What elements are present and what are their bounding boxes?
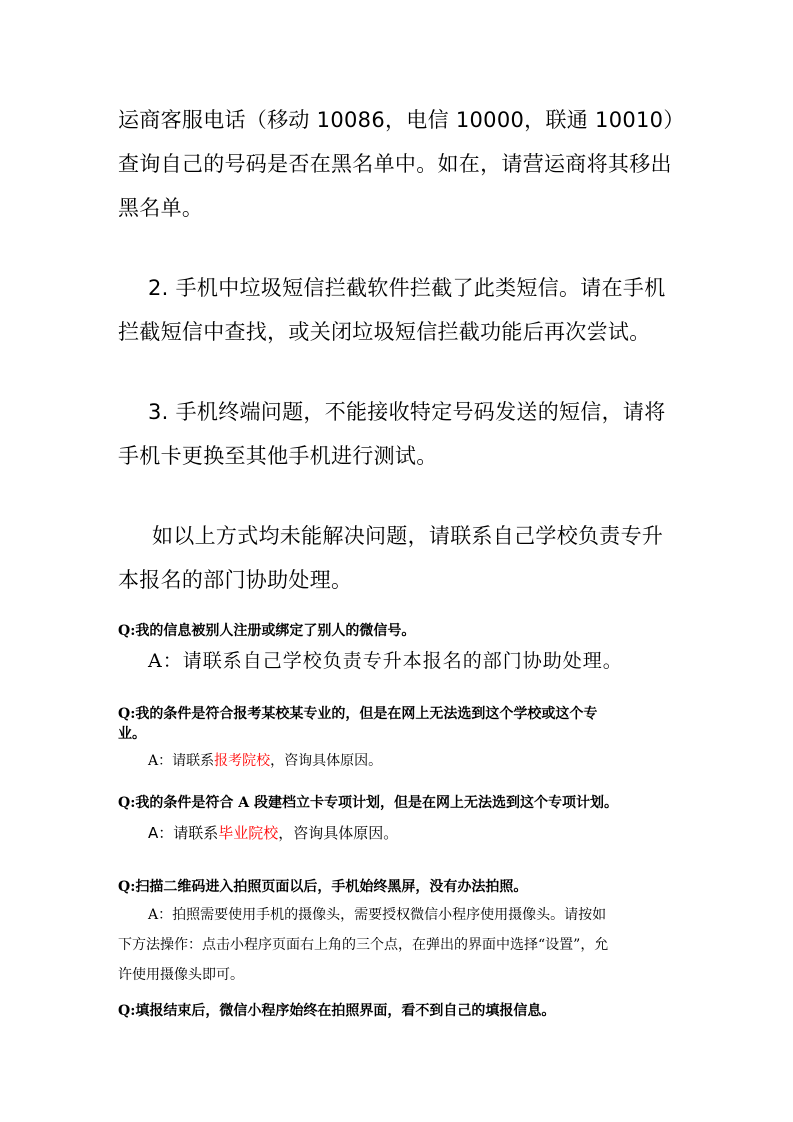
faq-3-answer-prefix: A：请联系 [148,824,218,842]
faq-3-question: Q:我的条件是符合 A 段建档立卡专项计划，但是在网上无法选到这个专项计划。 [118,792,618,812]
faq-2-question-line-1: Q:我的条件是符合报考某校某专业的，但是在网上无法选到这个学校或这个专 [118,703,597,723]
item-3-line-2: 手机卡更换至其他手机进行测试。 [118,440,438,470]
faq-2-question-line-2: 业。 [118,723,146,743]
item-2-line-1: 2. 手机中垃圾短信拦截软件拦截了此类短信。请在手机 [148,272,666,302]
faq-2-answer: A：请联系报考院校，咨询具体原因。 [148,750,382,770]
faq-4-question: Q:扫描二维码进入拍照页面以后，手机始终黑屏，没有办法拍照。 [118,876,527,896]
faq-1-question: Q:我的信息被别人注册或绑定了别人的微信号。 [118,620,415,640]
faq-5-question: Q:填报结束后，微信小程序始终在拍照界面，看不到自己的填报信息。 [118,1000,555,1020]
faq-4-answer-line-2: 下方法操作：点击小程序页面右上角的三个点，在弹出的界面中选择“设置”，允 [118,934,608,954]
faq-4-answer-line-1: A：拍照需要使用手机的摄像头，需要授权微信小程序使用摄像头。请按如 [148,904,606,924]
fallback-line-2: 本报名的部门协助处理。 [118,564,352,594]
faq-3-answer-highlight: 毕业院校 [218,824,278,842]
faq-3-answer-suffix: ，咨询具体原因。 [278,824,398,842]
faq-1-answer: A：请联系自己学校负责专升本报名的部门协助处理。 [148,646,623,673]
fallback-line-1: 如以上方式均未能解决问题，请联系自己学校负责专升 [152,520,663,550]
document-page: 运商客服电话（移动 10086，电信 10000，联通 10010） 查询自己的… [0,0,793,1122]
faq-4-answer-line-3: 许使用摄像头即可。 [118,964,244,984]
faq-2-answer-suffix: ，咨询具体原因。 [270,753,382,769]
item-2-line-2: 拦截短信中查找，或关闭垃圾短信拦截功能后再次尝试。 [118,316,651,346]
faq-2-answer-highlight: 报考院校 [214,753,270,769]
intro-line-1: 运商客服电话（移动 10086，电信 10000，联通 10010） [118,104,685,134]
item-3-line-1: 3. 手机终端问题，不能接收特定号码发送的短信，请将 [148,396,666,426]
faq-3-answer: A：请联系毕业院校，咨询具体原因。 [148,822,398,843]
faq-2-answer-prefix: A：请联系 [148,753,214,769]
intro-line-3: 黑名单。 [118,192,203,222]
intro-line-2: 查询自己的号码是否在黑名单中。如在，请营运商将其移出 [118,148,672,178]
